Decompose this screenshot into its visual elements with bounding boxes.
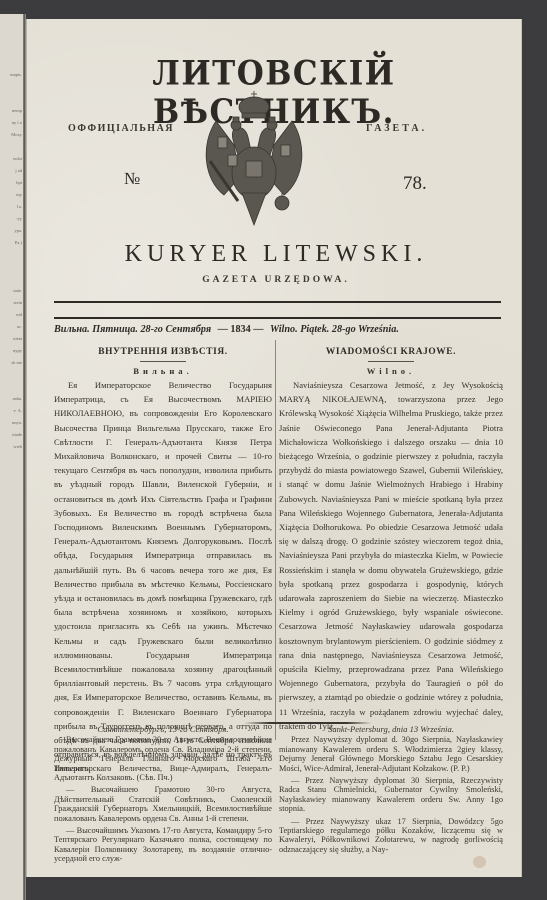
masthead-subtitle-polish: GAZETA URZĘDOWA. bbox=[66, 275, 486, 285]
place-dateline-polish: Sankt-Petersburg, dnia 13 Września. bbox=[279, 725, 503, 734]
adjacent-page-text-fragment: nemp bbox=[12, 108, 22, 114]
dateline-rule-top bbox=[54, 301, 501, 303]
issue-number: 78. bbox=[403, 173, 427, 195]
adjacent-page-text-fragment: ny l.o bbox=[12, 120, 22, 126]
dateline-year: — 1834 — bbox=[218, 324, 264, 335]
dateline-polish: Wilno. Piątek. 28-go Września. bbox=[270, 324, 399, 335]
adjacent-page-text-fragment: e A. bbox=[14, 408, 22, 414]
article-paragraph: Naviaśnieysza Cesarzowa Jetmość, z Jey W… bbox=[279, 378, 503, 733]
newspaper-page: ЛИТОВСКІЙ ВѢСТНИКЪ. ОФФИЦІАЛЬНАЯ ГАЗЕТА. bbox=[26, 19, 522, 877]
news-item: — Высочайшимъ Указомъ 17-го Августа, Ком… bbox=[54, 826, 272, 864]
adjacent-page-text-fragment: Pa.) bbox=[15, 240, 22, 246]
section-rule bbox=[140, 361, 186, 362]
dateline: Вильна. Пятница. 28-го Сентября — 1834 —… bbox=[54, 324, 501, 335]
adjacent-page-text-fragment: Moxy bbox=[11, 132, 22, 138]
adjacent-page-text-fragment: stein bbox=[14, 300, 23, 306]
news-item: — Высочайшею Грамотою 30-го Августа, Дѣй… bbox=[54, 785, 272, 823]
column-polish: WIADOMOŚCI KRAJOWE. Wilno. Naviaśnieysza… bbox=[279, 345, 503, 733]
section-title-polish: WIADOMOŚCI KRAJOWE. bbox=[279, 345, 503, 359]
adjacent-page-text-fragment: my bbox=[16, 192, 22, 198]
adjacent-page-text-fragment: nieta bbox=[13, 336, 22, 342]
column-russian-lower: Санктпетербургъ, 13-го Сентября. Высочай… bbox=[54, 725, 272, 867]
column-polish-lower: Sankt-Petersburg, dnia 13 Września. Prze… bbox=[279, 725, 503, 857]
news-item: — Przez Naywyższy dyplomat 30 Sierpnia, … bbox=[279, 776, 503, 814]
news-item: Высочайшею Грамотою 30-го Августа, Всеми… bbox=[54, 735, 272, 782]
adjacent-page-text-fragment: aaha. bbox=[13, 396, 22, 402]
adjacent-page-text-fragment: -yy bbox=[16, 216, 22, 222]
column-russian: ВНУТРЕННІЯ ИЗВѢСТІЯ. Вильна. Ея Императо… bbox=[54, 345, 272, 776]
adjacent-page-text-fragment: j ad bbox=[15, 168, 22, 174]
adjacent-page-text-fragment: niade bbox=[12, 432, 22, 438]
article-paragraph: Ея Императорское Величество Государыня И… bbox=[54, 378, 272, 776]
adjacent-page-text-fragment: 1a. bbox=[17, 204, 22, 210]
masthead-subtitle-right: ГАЗЕТА. bbox=[366, 123, 427, 134]
adjacent-page-text-fragment: sh nie bbox=[11, 360, 22, 366]
city-heading-polish: Wilno. bbox=[279, 364, 503, 378]
adjacent-page-text-fragment: ac. bbox=[17, 324, 22, 330]
adjacent-page-text-fragment: wieb bbox=[13, 444, 22, 450]
adjacent-page-text-fragment: nid bbox=[16, 312, 22, 318]
adjacent-page-text-fragment: ypa. bbox=[14, 228, 22, 234]
adjacent-page-text-fragment: nypy bbox=[13, 348, 22, 354]
masthead-subtitle-left: ОФФИЦІАЛЬНАЯ bbox=[68, 123, 174, 134]
place-dateline-russian: Санктпетербургъ, 13-го Сентября. bbox=[54, 725, 272, 734]
double-headed-eagle-icon bbox=[194, 85, 314, 235]
city-heading-russian: Вильна. bbox=[54, 364, 272, 378]
adjacent-page-text-fragment: mapis. bbox=[10, 72, 22, 78]
column-divider bbox=[275, 340, 276, 740]
issue-number-label: № bbox=[124, 169, 140, 189]
adjacent-page-edge: mapis.nempny l.oMoxynolstj adhpimy1a.-yy… bbox=[0, 14, 24, 900]
section-title-russian: ВНУТРЕННІЯ ИЗВѢСТІЯ. bbox=[54, 345, 272, 359]
news-item: Przez Naywyższy dyplomat d. 30go Sierpni… bbox=[279, 735, 503, 773]
dateline-rule-bottom bbox=[54, 317, 501, 319]
adjacent-page-text-fragment: nnya. bbox=[12, 420, 22, 426]
dateline-russian: Вильна. Пятница. 28-го Сентября bbox=[54, 324, 211, 335]
masthead-title-polish: KURYER LITEWSKI. bbox=[66, 241, 486, 268]
adjacent-page-text-fragment: naie. bbox=[13, 288, 22, 294]
news-item: — Przez Naywyższy ukaz 17 Sierpnia, Dowó… bbox=[279, 817, 503, 855]
paper-stain bbox=[473, 856, 486, 868]
adjacent-page-text-fragment: nolst bbox=[13, 156, 22, 162]
section-rule bbox=[368, 361, 414, 362]
adjacent-page-text-fragment: hpi bbox=[16, 180, 22, 186]
